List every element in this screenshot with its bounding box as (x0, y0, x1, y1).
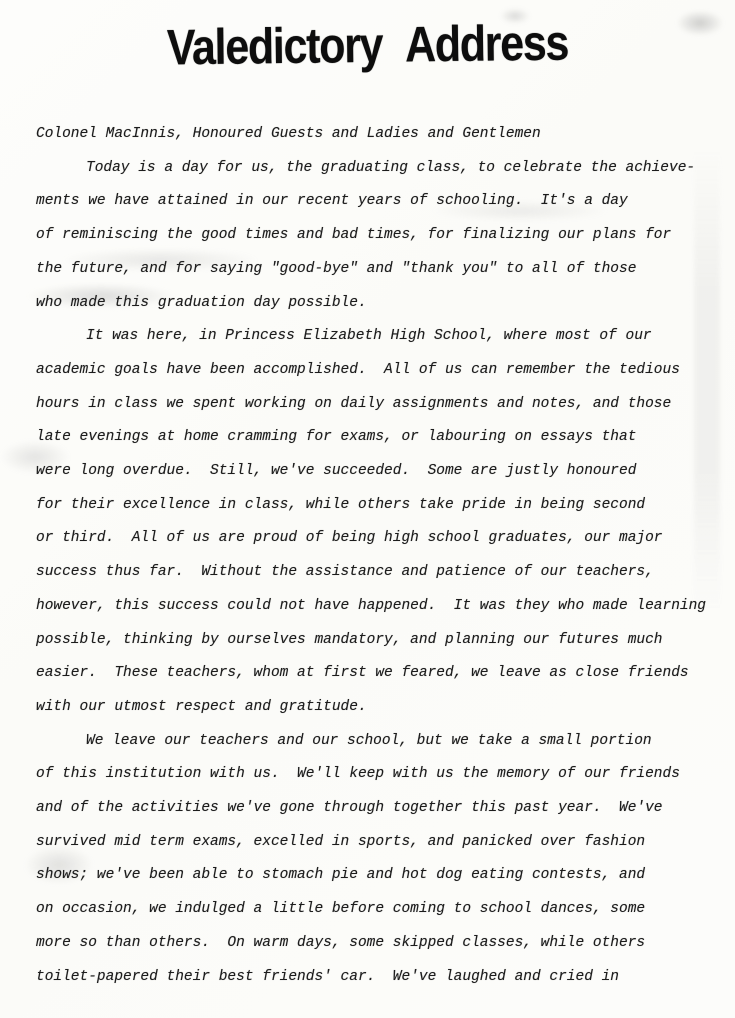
text-line: were long overdue. Still, we've succeede… (36, 455, 713, 489)
paragraph: It was here, in Princess Elizabeth High … (36, 320, 713, 724)
scanned-document-page: Valedictory Address Colonel MacInnis, Ho… (0, 0, 735, 1018)
paragraph: We leave our teachers and our school, bu… (36, 725, 713, 995)
text-line: We leave our teachers and our school, bu… (36, 725, 713, 759)
paragraph: Colonel MacInnis, Honoured Guests and La… (36, 118, 713, 152)
text-line: or third. All of us are proud of being h… (36, 522, 713, 556)
text-line: shows; we've been able to stomach pie an… (36, 859, 713, 893)
text-line: the future, and for saying "good-bye" an… (36, 253, 713, 287)
text-line: on occasion, we indulged a little before… (36, 893, 713, 927)
text-line: who made this graduation day possible. (36, 287, 713, 321)
text-line: of reminiscing the good times and bad ti… (36, 219, 713, 253)
paragraph: Today is a day for us, the graduating cl… (36, 152, 713, 321)
page-title: Valedictory Address (51, 12, 684, 78)
text-line: Colonel MacInnis, Honoured Guests and La… (36, 118, 713, 152)
text-line: success thus far. Without the assistance… (36, 556, 713, 590)
text-line: toilet-papered their best friends' car. … (36, 961, 713, 995)
text-line: easier. These teachers, whom at first we… (36, 657, 713, 691)
text-line: for their excellence in class, while oth… (36, 489, 713, 523)
text-line: more so than others. On warm days, some … (36, 927, 713, 961)
text-line: It was here, in Princess Elizabeth High … (36, 320, 713, 354)
text-line: survived mid term exams, excelled in spo… (36, 826, 713, 860)
text-line: academic goals have been accomplished. A… (36, 354, 713, 388)
text-line: however, this success could not have hap… (36, 590, 713, 624)
text-line: late evenings at home cramming for exams… (36, 421, 713, 455)
text-line: with our utmost respect and gratitude. (36, 691, 713, 725)
text-line: Today is a day for us, the graduating cl… (36, 152, 713, 186)
document-body: Colonel MacInnis, Honoured Guests and La… (36, 118, 713, 994)
text-line: possible, thinking by ourselves mandator… (36, 624, 713, 658)
text-line: and of the activities we've gone through… (36, 792, 713, 826)
text-line: ments we have attained in our recent yea… (36, 185, 713, 219)
text-line: hours in class we spent working on daily… (36, 388, 713, 422)
text-line: of this institution with us. We'll keep … (36, 758, 713, 792)
